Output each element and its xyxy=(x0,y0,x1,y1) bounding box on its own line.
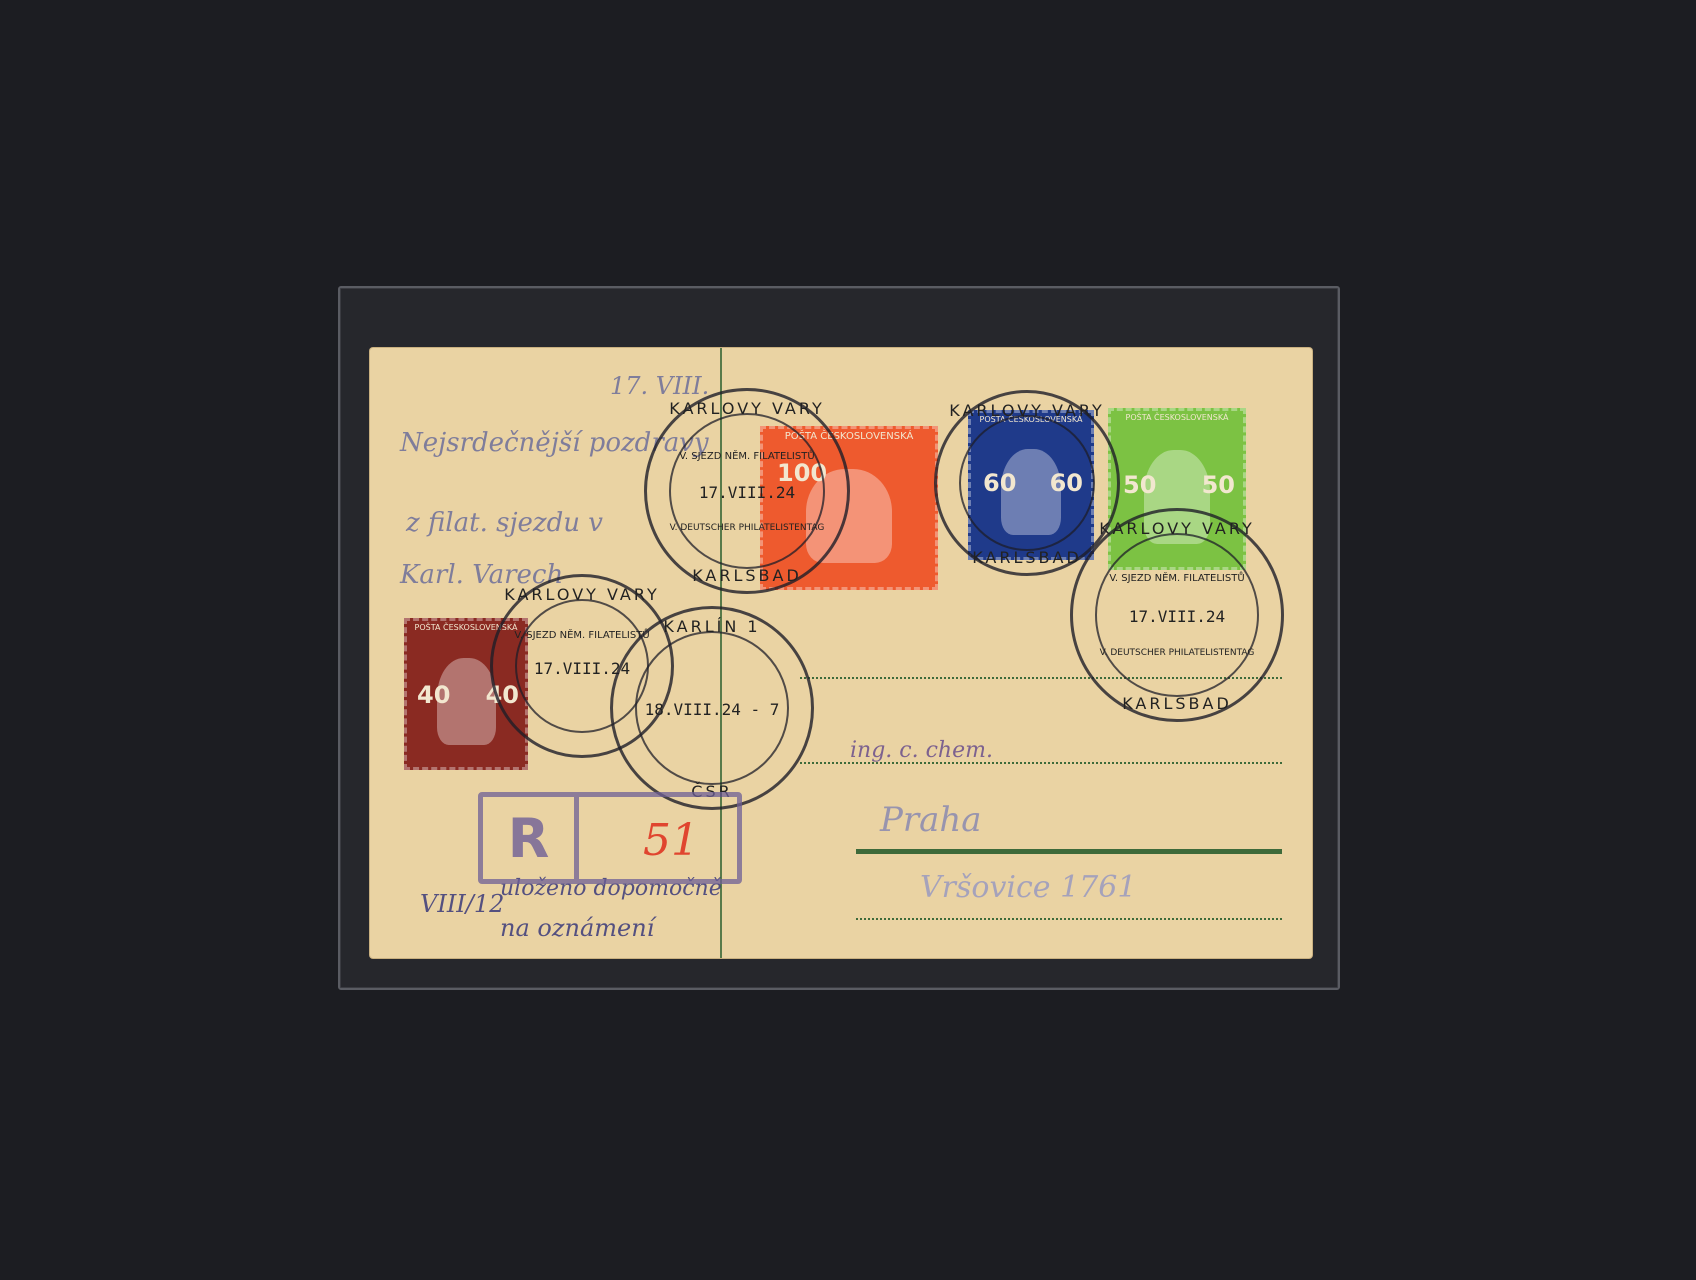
address-line xyxy=(856,918,1282,920)
registration-number: 51 xyxy=(643,815,699,866)
registration-label: R 51 xyxy=(478,792,742,884)
address-line xyxy=(856,849,1282,854)
karlin-postmark: KARLÍN 1 18.VIII.24 - 7 ČSR xyxy=(610,606,814,810)
handwritten-date: 17. VIII. xyxy=(610,372,709,400)
karlsbad-postmark: KARLOVY VARY V. SJEZD NĚM. FILATELISTŮ 1… xyxy=(1070,508,1284,722)
stamp-header: POŠTA ČESKOSLOVENSKÁ xyxy=(1111,413,1243,422)
stamp-value: 50 xyxy=(1123,471,1156,499)
handwritten-note-date: VIII/12 xyxy=(420,890,504,918)
handwritten-address-city: Praha xyxy=(880,800,982,840)
handwritten-address-street: Vršovice 1761 xyxy=(920,870,1136,905)
stamp-value: 50 xyxy=(1202,471,1235,499)
stamp-value: 40 xyxy=(417,681,450,709)
handwritten-address-title: ing. c. chem. xyxy=(850,738,993,763)
registration-r-mark: R xyxy=(483,797,579,879)
handwritten-note-line2: na oznámení xyxy=(500,914,654,942)
handwritten-greeting-line2: z filat. sjezdu v xyxy=(406,508,603,538)
karlsbad-postmark: KARLOVY VARY V. SJEZD NĚM. FILATELISTŮ 1… xyxy=(644,388,850,594)
